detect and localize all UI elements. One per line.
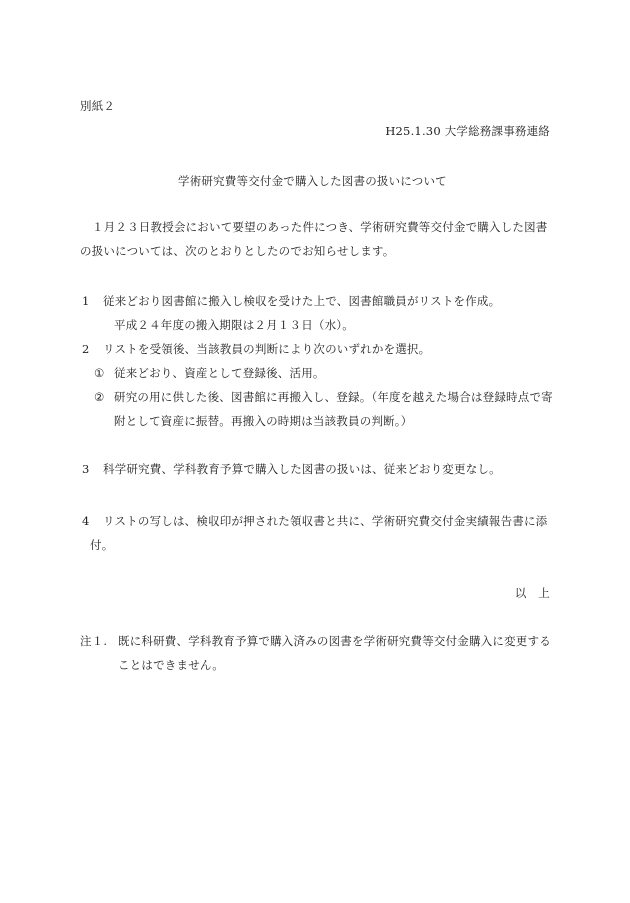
note-label: 注１. xyxy=(80,636,107,648)
option-2-marker: ② xyxy=(94,392,105,404)
option-1-text: 従来どおり、資産として登録後、活用。 xyxy=(114,368,325,380)
note-text-2: ことはできません。 xyxy=(118,660,224,672)
item-1-number: 1 xyxy=(82,296,90,308)
item-2-number: 2 xyxy=(82,344,90,356)
document-title: 学術研究費等交付金で購入した図書の扱いについて xyxy=(178,176,447,188)
option-2-text-1: 研究の用に供した後、図書館に再搬入し、登録。（年度を越えた場合は登録時点で寄 xyxy=(114,392,553,404)
item-1-sub: 平成２４年度の搬入期限は２月１３日（水）。 xyxy=(114,320,354,332)
item-4-text-2: 付。 xyxy=(90,540,113,552)
note-text-1: 既に科研費、学科教育予算で購入済みの図書を学術研究費等交付金購入に変更する xyxy=(118,636,551,648)
item-3-text: 科学研究費、学科教育予算で購入した図書の扱いは、従来どおり変更なし。 xyxy=(103,464,501,476)
item-1-text: 従来どおり図書館に搬入し検収を受けた上で、図書館職員がリストを作成。 xyxy=(103,296,500,308)
intro-line-2: の扱いについては、次のとおりとしたのでお知らせします。 xyxy=(80,246,394,258)
option-1-marker: ① xyxy=(94,368,105,380)
item-3-number: 3 xyxy=(82,464,90,476)
item-4-number: 4 xyxy=(82,516,90,528)
item-2-text: リストを受領後、当該教員の判断により次のいずれかを選択。 xyxy=(103,344,430,356)
closing-text: 以 上 xyxy=(515,588,550,600)
attachment-label: 別紙２ xyxy=(80,101,115,113)
option-2-text-2: 附として資産に振替。再搬入の時期は当該教員の判断。） xyxy=(114,416,412,428)
intro-line-1: １月２３日教授会において要望のあった件につき、学術研究費等交付金で購入した図書 xyxy=(92,222,548,234)
issuer-line: H25.1.30 大学総務課事務連絡 xyxy=(385,126,550,138)
item-4-text-1: リストの写しは、検収印が押された領収書と共に、学術研究費交付金実績報告書に添 xyxy=(103,516,547,528)
